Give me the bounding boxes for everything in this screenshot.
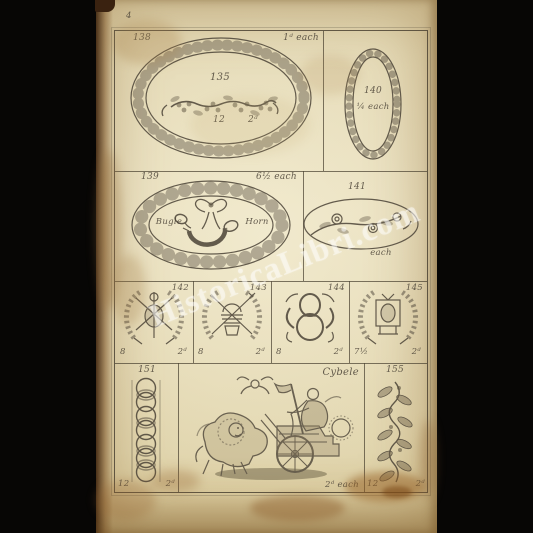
monogram-knot-wreath-design xyxy=(278,288,342,346)
guilloche-border-design xyxy=(128,380,164,482)
panel-divider xyxy=(115,363,427,364)
label-140-rate: ¼ each xyxy=(345,103,401,112)
label-143-length: 8 xyxy=(198,348,204,357)
signature-mark: 4 xyxy=(126,12,132,21)
plough-frame-wreath-design xyxy=(356,288,420,346)
paper-stain xyxy=(250,495,345,521)
label-140-number: 140 xyxy=(355,87,391,96)
label-141-number: 141 xyxy=(335,183,379,192)
paper-stain xyxy=(190,95,310,155)
label-155-number: 155 xyxy=(373,366,417,375)
paper-stain xyxy=(112,20,182,65)
label-151-number: 151 xyxy=(127,366,167,375)
cybele-lion-chariot-design xyxy=(179,368,363,486)
paper-stain xyxy=(96,480,156,520)
paper-stain xyxy=(382,486,412,498)
label-145-price: 2ᵈ xyxy=(401,348,421,357)
panel-divider xyxy=(364,363,365,492)
photo-background: 4 138 1ᵈ each xyxy=(0,0,533,533)
paper-stain xyxy=(300,55,360,95)
book-corner-edge xyxy=(95,0,115,12)
label-143-price: 2ᵈ xyxy=(245,348,265,357)
paper-stain xyxy=(150,470,200,492)
label-139-word-right: Horn xyxy=(231,218,283,227)
label-142-price: 2ᵈ xyxy=(167,348,187,357)
label-144-price: 2ᵈ xyxy=(323,348,343,357)
panel-divider xyxy=(323,31,324,171)
panel-divider xyxy=(349,281,350,363)
label-145-length: 7½ xyxy=(354,348,368,357)
label-138-design-no: 135 xyxy=(195,73,245,83)
label-139-word-left: Bugle xyxy=(143,218,195,227)
label-142-length: 8 xyxy=(120,348,126,357)
paper-stain xyxy=(420,420,436,500)
label-144-length: 8 xyxy=(276,348,282,357)
oak-leaf-border-design xyxy=(373,380,417,482)
